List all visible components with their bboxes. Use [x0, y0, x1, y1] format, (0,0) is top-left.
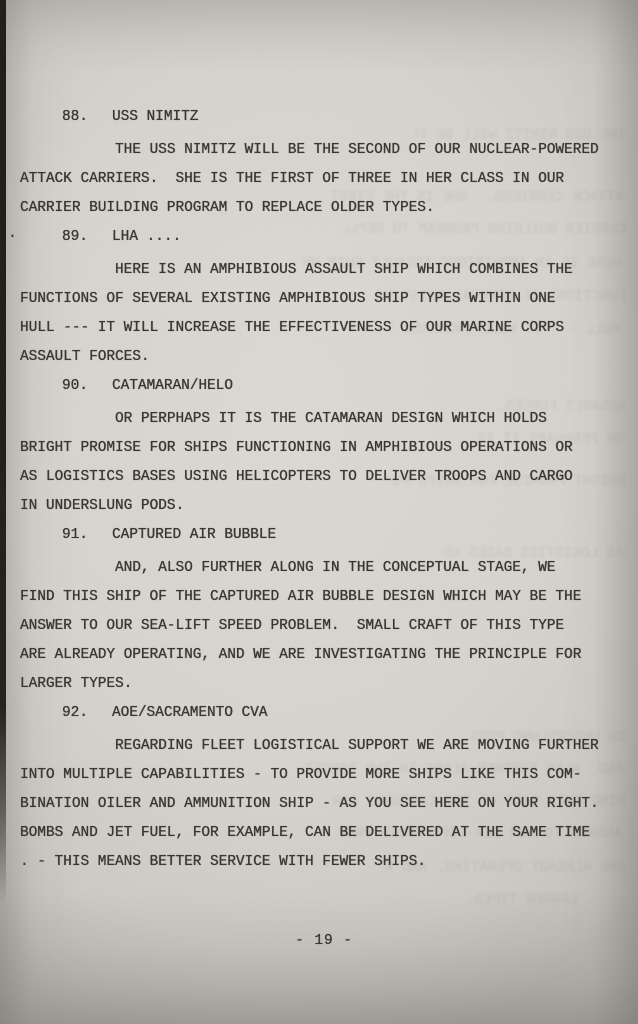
body-line: IN UNDERSLUNG PODS.	[20, 492, 628, 521]
section-heading: 90.CATAMARAN/HELO	[20, 372, 628, 401]
body-line: CARRIER BUILDING PROGRAM TO REPLACE OLDE…	[20, 194, 628, 223]
section-90: 90.CATAMARAN/HELOOR PERPHAPS IT IS THE C…	[20, 372, 628, 521]
section-heading: 91.CAPTURED AIR BUBBLE	[20, 521, 628, 550]
body-line: LARGER TYPES.	[20, 670, 628, 699]
scanned-document-page: THE USS NIMITZ WILL BE THE SECOND OF OUR…	[0, 0, 638, 1024]
body-line: ANSWER TO OUR SEA-LIFT SPEED PROBLEM. SM…	[20, 612, 628, 641]
section-title: AOE/SACRAMENTO CVA	[112, 705, 267, 721]
body-line: ARE ALREADY OPERATING, AND WE ARE INVEST…	[20, 641, 628, 670]
body-line: INTO MULTIPLE CAPABILITIES - TO PROVIDE …	[20, 761, 628, 790]
section-title: CAPTURED AIR BUBBLE	[112, 527, 276, 543]
body-line: OR PERPHAPS IT IS THE CATAMARAN DESIGN W…	[20, 405, 628, 434]
page-number: - 19 -	[20, 927, 628, 956]
body-line: . - THIS MEANS BETTER SERVICE WITH FEWER…	[20, 848, 628, 877]
section-92: 92.AOE/SACRAMENTO CVAREGARDING FLEET LOG…	[20, 699, 628, 877]
body-line: HERE IS AN AMPHIBIOUS ASSAULT SHIP WHICH…	[20, 256, 628, 285]
section-number: 88.	[62, 103, 112, 132]
document-body: 88.USS NIMITZTHE USS NIMITZ WILL BE THE …	[20, 103, 628, 956]
section-title: LHA ....	[112, 229, 181, 245]
section-number: 92.	[62, 699, 112, 728]
body-line: BOMBS AND JET FUEL, FOR EXAMPLE, CAN BE …	[20, 819, 628, 848]
scan-edge-shadow	[0, 0, 6, 905]
body-line: FUNCTIONS OF SEVERAL EXISTING AMPHIBIOUS…	[20, 285, 628, 314]
body-line: ASSAULT FORCES.	[20, 343, 628, 372]
section-number: 90.	[62, 372, 112, 401]
section-title: USS NIMITZ	[112, 109, 198, 125]
section-number: 91.	[62, 521, 112, 550]
section-88: 88.USS NIMITZTHE USS NIMITZ WILL BE THE …	[20, 103, 628, 223]
body-line: REGARDING FLEET LOGISTICAL SUPPORT WE AR…	[20, 732, 628, 761]
body-line: AS LOGISTICS BASES USING HELICOPTERS TO …	[20, 463, 628, 492]
body-line: FIND THIS SHIP OF THE CAPTURED AIR BUBBL…	[20, 583, 628, 612]
section-heading: 92.AOE/SACRAMENTO CVA	[20, 699, 628, 728]
section-heading: 88.USS NIMITZ	[20, 103, 628, 132]
section-91: 91.CAPTURED AIR BUBBLEAND, ALSO FURTHER …	[20, 521, 628, 699]
section-title: CATAMARAN/HELO	[112, 378, 233, 394]
section-number: 89.	[62, 223, 112, 252]
body-line: AND, ALSO FURTHER ALONG IN THE CONCEPTUA…	[20, 554, 628, 583]
body-line: HULL --- IT WILL INCREASE THE EFFECTIVEN…	[20, 314, 628, 343]
body-line: BRIGHT PROMISE FOR SHIPS FUNCTIONING IN …	[20, 434, 628, 463]
stray-typewriter-mark: ·	[8, 223, 17, 252]
body-line: ATTACK CARRIERS. SHE IS THE FIRST OF THR…	[20, 165, 628, 194]
body-line: THE USS NIMITZ WILL BE THE SECOND OF OUR…	[20, 136, 628, 165]
body-line: BINATION OILER AND AMMUNITION SHIP - AS …	[20, 790, 628, 819]
section-89: ·89.LHA ....HERE IS AN AMPHIBIOUS ASSAUL…	[20, 223, 628, 372]
section-heading: ·89.LHA ....	[20, 223, 628, 252]
